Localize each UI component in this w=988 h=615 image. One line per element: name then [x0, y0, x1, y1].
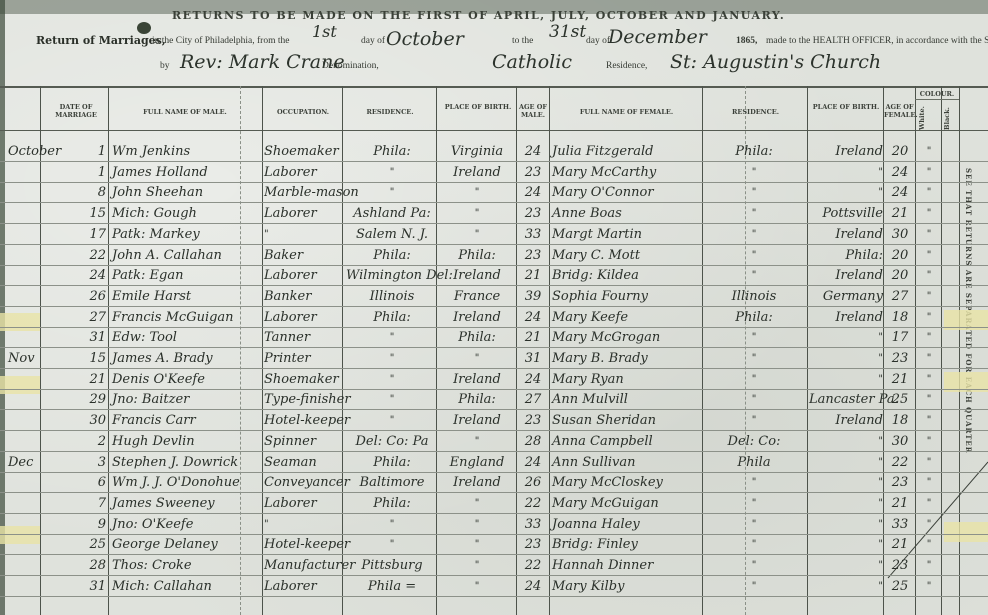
cell-female-name: Susan Sheridan — [552, 410, 702, 432]
cell-male-age: 24 — [518, 182, 548, 204]
cell-white: " — [917, 431, 941, 453]
cell-day: 24 — [80, 265, 106, 287]
cell-white: " — [917, 389, 941, 411]
cell-occupation: Shoemaker — [264, 369, 344, 391]
table-row: Dec3Stephen J. DowrickSeamanPhila:Englan… — [0, 452, 988, 474]
cell-male-name: Hugh Devlin — [112, 431, 262, 453]
cell-female-age: 20 — [885, 141, 915, 163]
cell-white: " — [917, 327, 941, 349]
cell-month: Dec — [8, 452, 68, 474]
cell-white: " — [917, 182, 941, 204]
cell-female-age: 30 — [885, 224, 915, 246]
cell-male-birthplace: " — [438, 431, 516, 453]
col-header-female-birthplace: PLACE OF BIRTH. — [809, 103, 883, 111]
cell-month — [8, 307, 68, 329]
col-header-male-age: AGE OF MALE. — [517, 103, 549, 119]
cell-male-birthplace: " — [438, 203, 516, 225]
cell-male-name: Emile Harst — [112, 286, 262, 308]
cell-female-age: 21 — [885, 493, 915, 515]
cell-male-name: John A. Callahan — [112, 245, 262, 267]
cell-white: " — [917, 369, 941, 391]
to-the-label: to the — [512, 36, 533, 46]
cell-male-age: 33 — [518, 514, 548, 536]
cell-occupation: Laborer — [264, 307, 344, 329]
cell-occupation: Laborer — [264, 203, 344, 225]
cell-day: 6 — [80, 472, 106, 494]
cell-residence: " — [346, 369, 438, 391]
cell-day: 3 — [80, 452, 106, 474]
cell-occupation: Baker — [264, 245, 344, 267]
cell-day: 31 — [80, 576, 106, 598]
banner-text: RETURNS TO BE MADE ON THE FIRST OF APRIL… — [172, 9, 785, 22]
cell-female-name: Ann Mulvill — [552, 389, 702, 411]
cell-day: 27 — [80, 307, 106, 329]
city-text: in the City of Philadelphia, from the — [152, 36, 289, 46]
cell-female-birthplace: " — [809, 472, 883, 494]
cell-male-birthplace: Ireland — [438, 307, 516, 329]
table-row: Nov15James A. BradyPrinter""31Mary B. Br… — [0, 348, 988, 370]
cell-female-name: Mary McCarthy — [552, 162, 702, 184]
cell-white: " — [917, 307, 941, 329]
cell-female-residence: " — [704, 534, 804, 556]
cell-occupation: " — [264, 224, 344, 246]
cell-white: " — [917, 514, 941, 536]
cell-female-age: 21 — [885, 369, 915, 391]
cell-month — [8, 555, 68, 577]
cell-male-name: Jno: Baitzer — [112, 389, 262, 411]
cell-male-birthplace: Phila: — [438, 389, 516, 411]
cell-day: 22 — [80, 245, 106, 267]
cell-residence: Salem N. J. — [346, 224, 438, 246]
cell-residence: Baltimore — [346, 472, 438, 494]
cell-male-birthplace: Ireland — [438, 265, 516, 287]
denomination-value: Catholic — [492, 51, 572, 73]
year: 1865, — [736, 36, 757, 46]
cell-female-age: 24 — [885, 182, 915, 204]
cell-day: 29 — [80, 389, 106, 411]
cell-residence: Phila = — [346, 576, 438, 598]
cell-female-residence: " — [704, 389, 804, 411]
col-header-male-birthplace: PLACE OF BIRTH. — [440, 103, 516, 111]
cell-month — [8, 203, 68, 225]
cell-female-residence: " — [704, 555, 804, 577]
cell-day: 17 — [80, 224, 106, 246]
cell-white: " — [917, 555, 941, 577]
from-day: 1st — [312, 22, 337, 41]
cell-female-name: Anna Campbell — [552, 431, 702, 453]
cell-day: 7 — [80, 493, 106, 515]
cell-male-age: 31 — [518, 348, 548, 370]
cell-male-age: 28 — [518, 431, 548, 453]
table-row: 24Patk: EganLaborerWilmington Del:Irelan… — [0, 265, 988, 287]
cell-occupation: Laborer — [264, 576, 344, 598]
cell-day: 25 — [80, 534, 106, 556]
cell-month: Nov — [8, 348, 68, 370]
cell-male-age: 24 — [518, 369, 548, 391]
cell-male-birthplace: " — [438, 576, 516, 598]
cell-male-name: Patk: Egan — [112, 265, 262, 287]
cell-female-residence: Del: Co: — [704, 431, 804, 453]
cell-day: 28 — [80, 555, 106, 577]
cell-residence: Wilmington Del: — [346, 265, 438, 287]
cell-occupation: Laborer — [264, 162, 344, 184]
header-line-1: Return of Marriages, in the City of Phil… — [36, 28, 986, 52]
cell-occupation: Hotel-keeper — [264, 534, 344, 556]
cell-male-name: Francis Carr — [112, 410, 262, 432]
cell-male-birthplace: Ireland — [438, 162, 516, 184]
cell-male-birthplace: Ireland — [438, 472, 516, 494]
cell-male-age: 23 — [518, 410, 548, 432]
cell-female-birthplace: Pottsville — [809, 203, 883, 225]
col-header-occupation: OCCUPATION. — [264, 108, 342, 116]
cell-white: " — [917, 472, 941, 494]
residence-value: St: Augustin's Church — [670, 51, 881, 73]
cell-female-age: 23 — [885, 472, 915, 494]
cell-residence: Phila: — [346, 307, 438, 329]
cell-month — [8, 327, 68, 349]
col-header-female-name: FULL NAME OF FEMALE. — [551, 108, 702, 116]
cell-female-residence: Phila: — [704, 307, 804, 329]
cell-male-birthplace: " — [438, 493, 516, 515]
table-row: October1Wm JenkinsShoemakerPhila:Virgini… — [0, 141, 988, 163]
cell-female-name: Anne Boas — [552, 203, 702, 225]
cell-female-age: 20 — [885, 265, 915, 287]
cell-month — [8, 224, 68, 246]
cell-white: " — [917, 245, 941, 267]
cell-male-birthplace: Ireland — [438, 410, 516, 432]
cell-day: 21 — [80, 369, 106, 391]
table-row: 27Francis McGuiganLaborerPhila:Ireland24… — [0, 307, 988, 329]
colour-subheader-rule — [915, 99, 959, 100]
cell-female-birthplace: Phila: — [809, 245, 883, 267]
cell-female-name: Joanna Haley — [552, 514, 702, 536]
cell-male-birthplace: Virginia — [438, 141, 516, 163]
cell-month — [8, 182, 68, 204]
cell-female-residence: Phila — [704, 452, 804, 474]
by-label: by — [160, 61, 170, 71]
cell-female-age: 24 — [885, 162, 915, 184]
cell-occupation: Hotel-keeper — [264, 410, 344, 432]
cell-month — [8, 286, 68, 308]
cell-residence: " — [346, 389, 438, 411]
col-header-white: White. — [918, 110, 938, 130]
table-row: 25George DelaneyHotel-keeper""23Bridg: F… — [0, 534, 988, 556]
cell-male-birthplace: " — [438, 348, 516, 370]
cell-male-age: 23 — [518, 162, 548, 184]
cell-month — [8, 265, 68, 287]
cell-male-age: 26 — [518, 472, 548, 494]
cell-male-age: 24 — [518, 576, 548, 598]
cell-occupation: Printer — [264, 348, 344, 370]
cell-female-residence: " — [704, 327, 804, 349]
cell-female-residence: " — [704, 493, 804, 515]
cell-month: October — [8, 141, 68, 163]
cell-male-birthplace: France — [438, 286, 516, 308]
cell-residence: Del: Co: Pa — [346, 431, 438, 453]
cell-month — [8, 369, 68, 391]
cell-white: " — [917, 534, 941, 556]
cell-female-birthplace: " — [809, 327, 883, 349]
cell-white: " — [917, 265, 941, 287]
cell-female-birthplace: Ireland — [809, 141, 883, 163]
cell-white: " — [917, 162, 941, 184]
cell-male-name: Francis McGuigan — [112, 307, 262, 329]
cell-female-residence: " — [704, 410, 804, 432]
cell-female-name: Mary McCloskey — [552, 472, 702, 494]
cell-occupation: Tanner — [264, 327, 344, 349]
cell-day: 1 — [80, 162, 106, 184]
cell-female-birthplace: " — [809, 514, 883, 536]
cell-residence: Phila: — [346, 245, 438, 267]
cell-male-age: 27 — [518, 389, 548, 411]
cell-female-age: 27 — [885, 286, 915, 308]
table-row: 28Thos: CrokeManufacturerPittsburg"22Han… — [0, 555, 988, 577]
cell-residence: Pittsburg — [346, 555, 438, 577]
cell-male-age: 21 — [518, 265, 548, 287]
cell-male-birthplace: " — [438, 224, 516, 246]
col-header-colour: COLOUR. — [915, 90, 959, 98]
from-month: October — [386, 28, 464, 50]
cell-residence: " — [346, 327, 438, 349]
day-of-label-2: day of — [586, 36, 610, 46]
cell-female-name: Sophia Fourny — [552, 286, 702, 308]
table-row: 22John A. CallahanBakerPhila:Phila:23Mar… — [0, 245, 988, 267]
col-header-female-age: AGE OF FEMALE. — [884, 103, 915, 119]
cell-residence: " — [346, 514, 438, 536]
cell-male-name: Patk: Markey — [112, 224, 262, 246]
cell-day: 8 — [80, 182, 106, 204]
cell-male-name: James A. Brady — [112, 348, 262, 370]
col-header-female-residence: RESIDENCE. — [704, 108, 807, 116]
cell-female-age: 18 — [885, 307, 915, 329]
cell-residence: Ashland Pa: — [346, 203, 438, 225]
cell-male-birthplace: Phila: — [438, 327, 516, 349]
cell-female-birthplace: " — [809, 576, 883, 598]
cell-male-birthplace: " — [438, 182, 516, 204]
cell-day: 15 — [80, 348, 106, 370]
cell-white: " — [917, 348, 941, 370]
cell-female-birthplace: Ireland — [809, 410, 883, 432]
table-row: 15Mich: GoughLaborerAshland Pa:"23Anne B… — [0, 203, 988, 225]
cell-female-name: Bridg: Finley — [552, 534, 702, 556]
cell-female-birthplace: " — [809, 162, 883, 184]
cell-male-birthplace: Ireland — [438, 369, 516, 391]
cell-female-residence: " — [704, 203, 804, 225]
col-header-residence: RESIDENCE. — [344, 108, 436, 116]
cell-white: " — [917, 410, 941, 432]
cell-female-name: Mary C. Mott — [552, 245, 702, 267]
cell-female-birthplace: Ireland — [809, 265, 883, 287]
cell-male-name: Wm J. J. O'Donohue — [112, 472, 262, 494]
cell-female-age: 25 — [885, 576, 915, 598]
col-header-male-name: FULL NAME OF MALE. — [110, 108, 260, 116]
cell-male-birthplace: " — [438, 534, 516, 556]
cell-male-age: 24 — [518, 307, 548, 329]
officiant-name: Rev: Mark Crane — [180, 51, 345, 73]
cell-female-name: Bridg: Kildea — [552, 265, 702, 287]
cell-month — [8, 493, 68, 515]
cell-female-age: 23 — [885, 348, 915, 370]
cell-female-residence: " — [704, 348, 804, 370]
cell-female-birthplace: Lancaster Pa. — [809, 389, 883, 411]
cell-female-name: Mary O'Connor — [552, 182, 702, 204]
col-header-date: DATE OF MARRIAGE — [44, 103, 108, 119]
cell-female-age: 33 — [885, 514, 915, 536]
table-row: 21Denis O'KeefeShoemaker"Ireland24Mary R… — [0, 369, 988, 391]
cell-month — [8, 245, 68, 267]
cell-female-age: 25 — [885, 389, 915, 411]
cell-occupation: Conveyancer — [264, 472, 344, 494]
cell-male-name: Denis O'Keefe — [112, 369, 262, 391]
header-line-2: by Rev: Mark Crane Denomination, Catholi… — [36, 53, 986, 77]
made-to-text: made to the HEALTH OFFICER, in accordanc… — [766, 36, 988, 46]
cell-female-name: Margt Martin — [552, 224, 702, 246]
cell-female-age: 30 — [885, 431, 915, 453]
cell-female-birthplace: " — [809, 182, 883, 204]
cell-male-age: 24 — [518, 452, 548, 474]
cell-male-birthplace: " — [438, 514, 516, 536]
cell-occupation: Laborer — [264, 493, 344, 515]
cell-male-name: Thos: Croke — [112, 555, 262, 577]
table-row: 31Edw: ToolTanner"Phila:21Mary McGrogan"… — [0, 327, 988, 349]
cell-white: " — [917, 493, 941, 515]
cell-residence: " — [346, 182, 438, 204]
cell-female-name: Mary McGrogan — [552, 327, 702, 349]
cell-female-name: Mary Ryan — [552, 369, 702, 391]
denomination-label: Denomination, — [322, 61, 379, 71]
cell-residence: " — [346, 162, 438, 184]
cell-female-residence: " — [704, 265, 804, 287]
cell-female-age: 21 — [885, 534, 915, 556]
cell-female-residence: " — [704, 514, 804, 536]
cell-day: 15 — [80, 203, 106, 225]
cell-male-age: 22 — [518, 493, 548, 515]
cell-day: 2 — [80, 431, 106, 453]
cell-occupation: Banker — [264, 286, 344, 308]
col-header-black: Black. — [943, 110, 959, 130]
day-of-label-1: day of — [361, 36, 385, 46]
cell-female-birthplace: " — [809, 369, 883, 391]
residence-label: Residence, — [606, 61, 647, 71]
cell-month — [8, 431, 68, 453]
cell-female-age: 22 — [885, 452, 915, 474]
cell-male-name: Edw: Tool — [112, 327, 262, 349]
cell-occupation: Marble-mason — [264, 182, 344, 204]
table-row: 1James HollandLaborer"Ireland23Mary McCa… — [0, 162, 988, 184]
table-row: 8John SheehanMarble-mason""24Mary O'Conn… — [0, 182, 988, 204]
cell-female-name: Mary Kilby — [552, 576, 702, 598]
cell-female-residence: Phila: — [704, 141, 804, 163]
cell-white: " — [917, 452, 941, 474]
table-row: 17Patk: Markey"Salem N. J."33Margt Marti… — [0, 224, 988, 246]
cell-month — [8, 389, 68, 411]
cell-male-name: James Sweeney — [112, 493, 262, 515]
table-row: 9Jno: O'Keefe"""33Joanna Haley""33" — [0, 514, 988, 536]
cell-occupation: Manufacturer — [264, 555, 344, 577]
cell-female-name: Mary B. Brady — [552, 348, 702, 370]
cell-female-age: 17 — [885, 327, 915, 349]
cell-male-name: John Sheehan — [112, 182, 262, 204]
table-row: 26Emile HarstBankerIllinoisFrance39Sophi… — [0, 286, 988, 308]
cell-female-residence: " — [704, 182, 804, 204]
cell-female-name: Julia Fitzgerald — [552, 141, 702, 163]
cell-female-name: Hannah Dinner — [552, 555, 702, 577]
table-row: 31Mich: CallahanLaborerPhila ="24Mary Ki… — [0, 576, 988, 598]
form-title: Return of Marriages, — [36, 34, 166, 47]
to-month: December — [608, 26, 707, 48]
cell-residence: Phila: — [346, 452, 438, 474]
cell-day: 1 — [80, 141, 106, 163]
table-row: 29Jno: BaitzerType-finisher"Phila:27Ann … — [0, 389, 988, 411]
cell-female-name: Ann Sullivan — [552, 452, 702, 474]
cell-female-birthplace: Ireland — [809, 307, 883, 329]
cell-day: 30 — [80, 410, 106, 432]
cell-female-birthplace: " — [809, 493, 883, 515]
cell-residence: " — [346, 534, 438, 556]
cell-day: 31 — [80, 327, 106, 349]
cell-month — [8, 514, 68, 536]
cell-white: " — [917, 203, 941, 225]
cell-male-name: Mich: Gough — [112, 203, 262, 225]
cell-residence: " — [346, 348, 438, 370]
column-header-rule — [0, 130, 988, 131]
table-row: 6Wm J. J. O'DonohueConveyancerBaltimoreI… — [0, 472, 988, 494]
cell-month — [8, 534, 68, 556]
cell-male-age: 23 — [518, 534, 548, 556]
cell-male-birthplace: Phila: — [438, 245, 516, 267]
cell-male-age: 39 — [518, 286, 548, 308]
table-row: 2Hugh DevlinSpinnerDel: Co: Pa"28Anna Ca… — [0, 431, 988, 453]
cell-occupation: Laborer — [264, 265, 344, 287]
table-row: 30Francis CarrHotel-keeper"Ireland23Susa… — [0, 410, 988, 432]
cell-male-name: Mich: Callahan — [112, 576, 262, 598]
cell-occupation: Shoemaker — [264, 141, 344, 163]
cell-residence: Illinois — [346, 286, 438, 308]
cell-month — [8, 162, 68, 184]
to-day: 31st — [549, 22, 586, 42]
cell-male-birthplace: " — [438, 555, 516, 577]
cell-month — [8, 410, 68, 432]
cell-female-residence: " — [704, 162, 804, 184]
cell-day: 9 — [80, 514, 106, 536]
cell-male-name: Wm Jenkins — [112, 141, 262, 163]
cell-white: " — [917, 286, 941, 308]
cell-female-birthplace: " — [809, 348, 883, 370]
cell-female-residence: " — [704, 576, 804, 598]
cell-female-age: 21 — [885, 203, 915, 225]
cell-residence: Phila: — [346, 493, 438, 515]
cell-occupation: Type-finisher — [264, 389, 344, 411]
cell-female-residence: " — [704, 224, 804, 246]
cell-occupation: Seaman — [264, 452, 344, 474]
cell-residence: Phila: — [346, 141, 438, 163]
cell-month — [8, 472, 68, 494]
cell-female-age: 23 — [885, 555, 915, 577]
cell-female-birthplace: " — [809, 431, 883, 453]
cell-male-name: Jno: O'Keefe — [112, 514, 262, 536]
cell-female-residence: " — [704, 245, 804, 267]
cell-female-age: 18 — [885, 410, 915, 432]
cell-male-age: 24 — [518, 141, 548, 163]
cell-female-residence: " — [704, 369, 804, 391]
cell-male-name: Stephen J. Dowrick — [112, 452, 262, 474]
cell-female-birthplace: " — [809, 555, 883, 577]
cell-white: " — [917, 141, 941, 163]
cell-female-birthplace: Germany — [809, 286, 883, 308]
cell-male-name: James Holland — [112, 162, 262, 184]
cell-female-birthplace: Ireland — [809, 224, 883, 246]
cell-male-age: 33 — [518, 224, 548, 246]
